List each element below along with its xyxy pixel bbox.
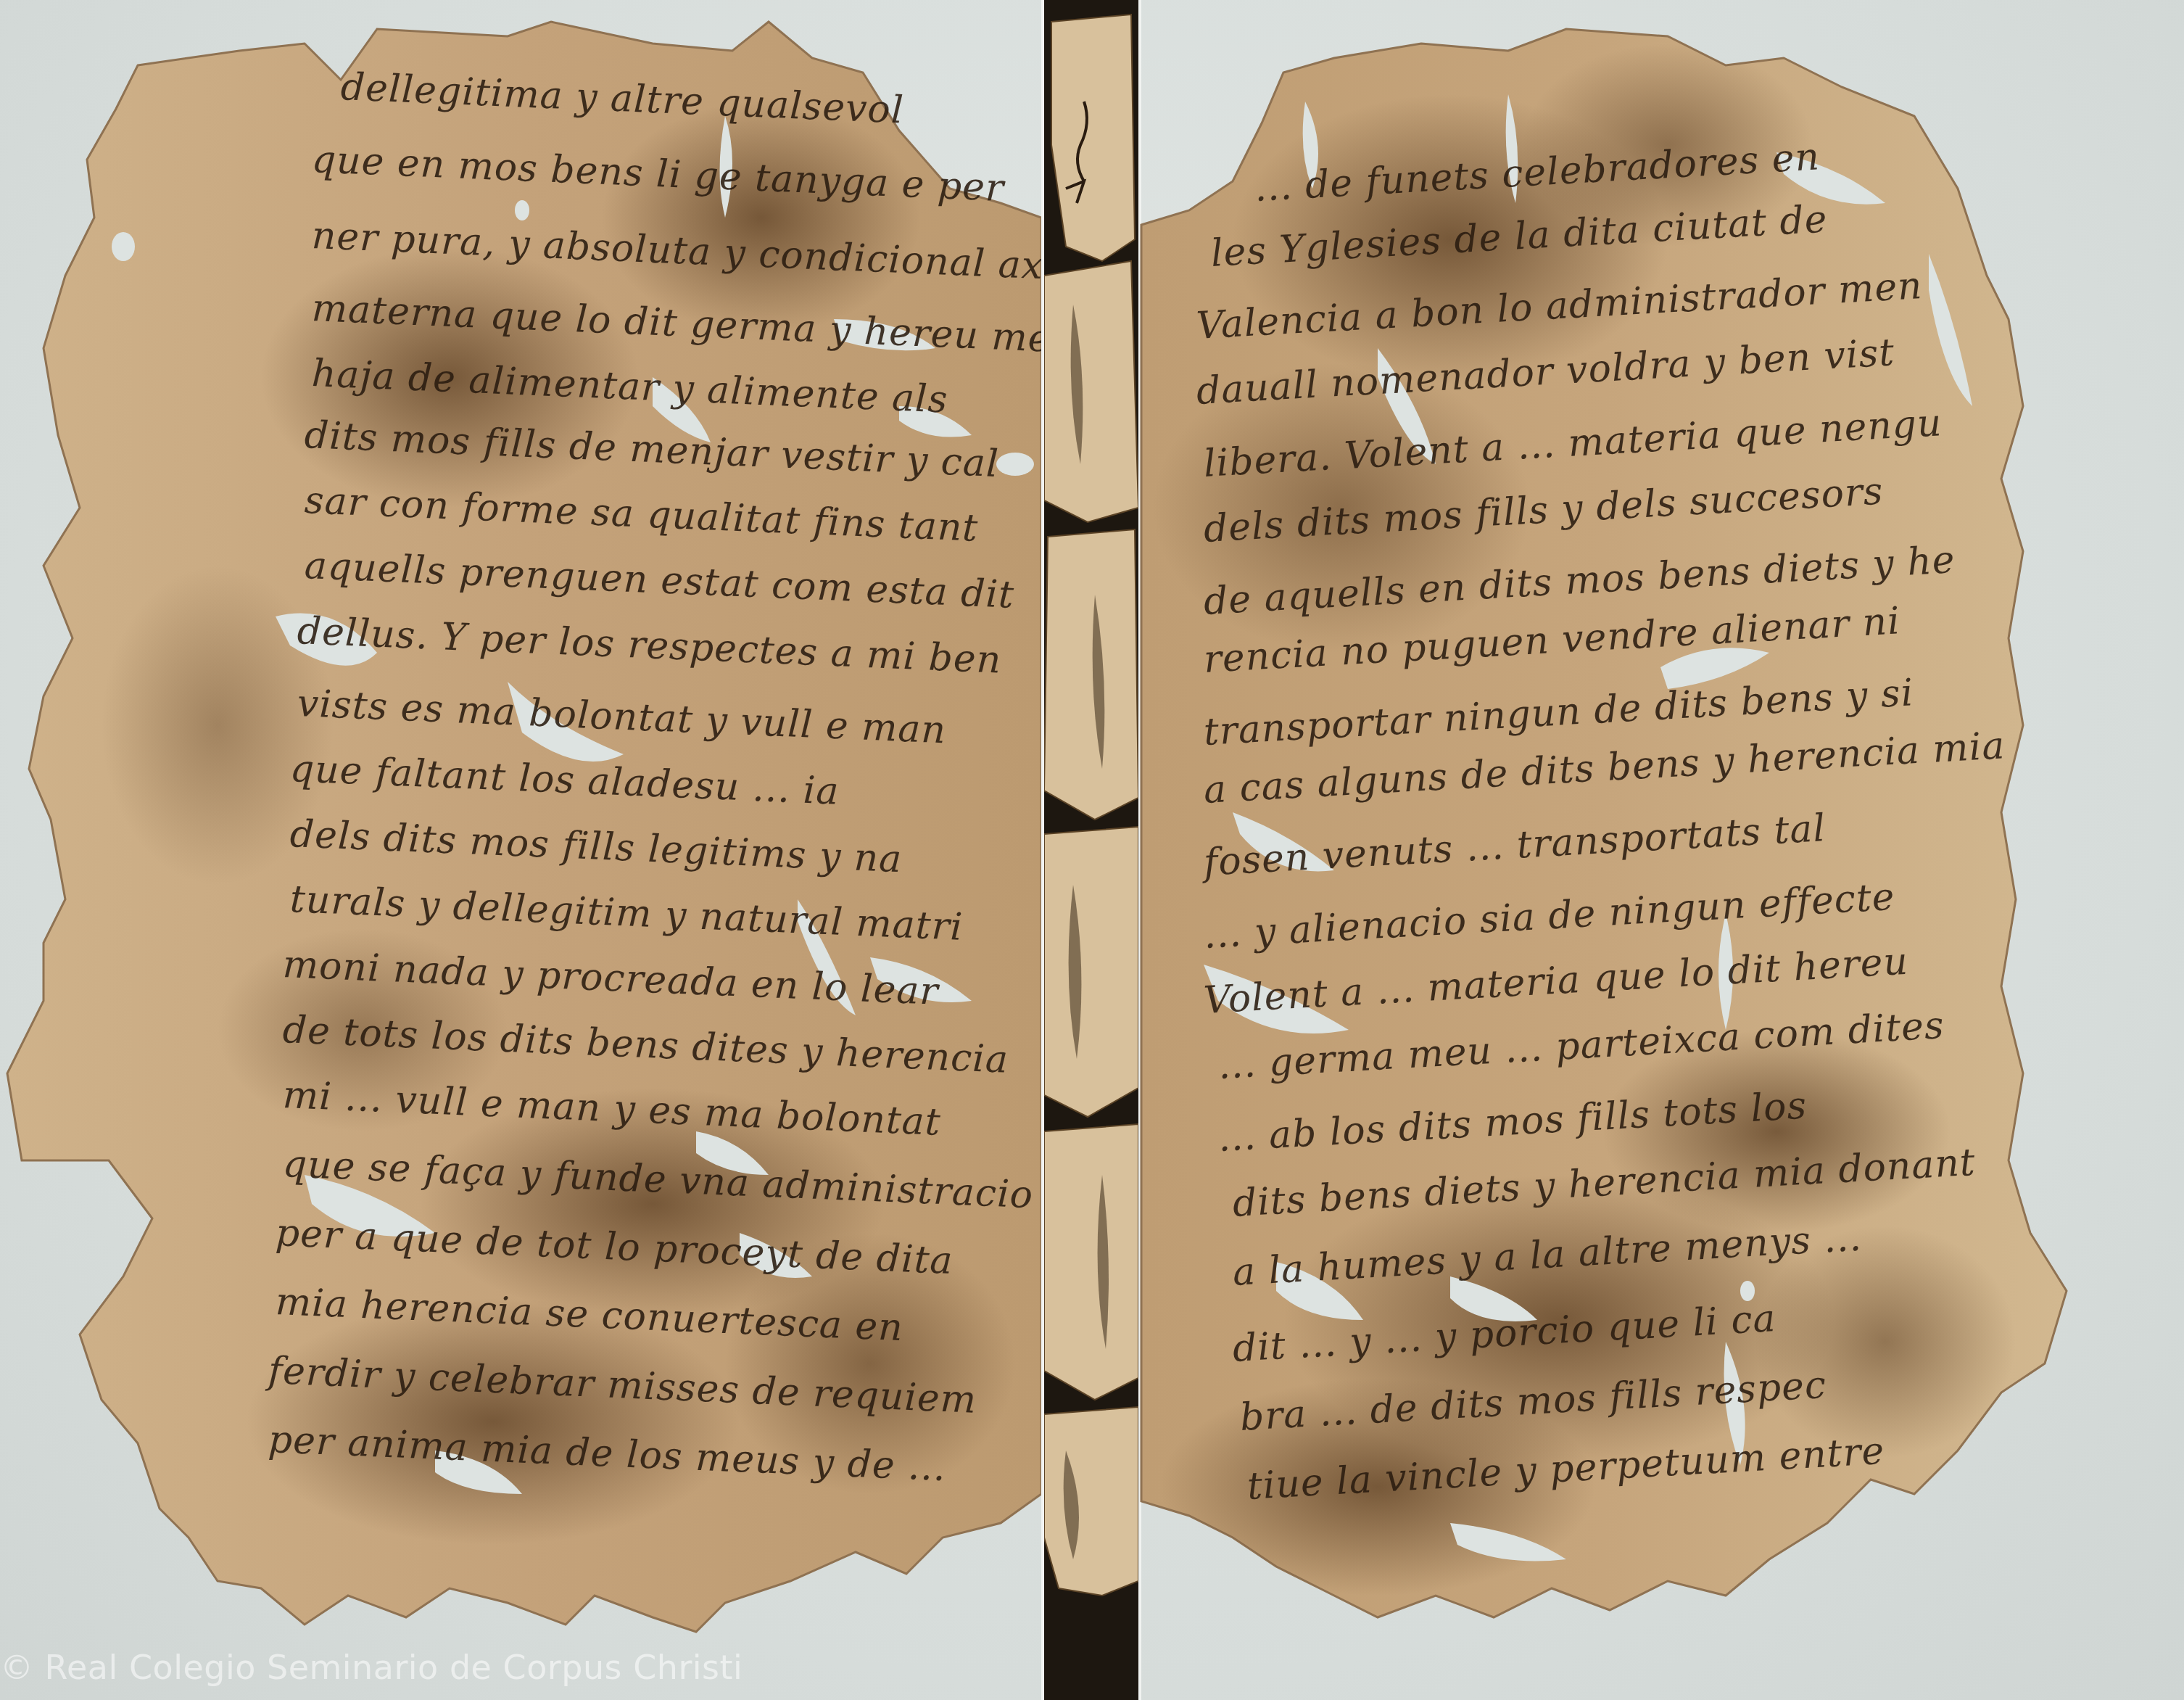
right-line: Volent a ... materia que lo dit hereu [1202,940,1909,1023]
right-line: ... germa meu ... parteixca com dites [1217,1004,1945,1088]
copyright-watermark: © Real Colegio Seminario de Corpus Chris… [0,1648,743,1687]
right-line: ... de funets celebradores en [1253,135,1821,210]
manuscript-photo: dellegitima y altre qualsevol que en mos… [0,0,2184,1700]
right-line: a la humes y a la altre menys ... [1231,1216,1863,1295]
right-page-text: ... de funets celebradores en les Yglesi… [0,0,2184,1700]
right-line: dit ... y ... y porcio que li ca [1231,1297,1777,1371]
right-line: dauall nomenador voldra y ben vist [1195,331,1895,413]
right-line: bra ... de dits mos fills respec [1238,1363,1827,1440]
right-line: dels dits mos fills y dels succesors [1202,470,1885,551]
right-line: fosen venuts ... transportats tal [1202,806,1827,885]
right-line: tiue la vincle y perpetuum entre [1246,1429,1885,1509]
right-line: ... y alienacio sia de ningun effecte [1202,875,1896,957]
right-line: les Yglesies de la dita ciutat de [1209,198,1829,276]
right-line: ... ab los dits mos fills tots los [1217,1084,1808,1160]
